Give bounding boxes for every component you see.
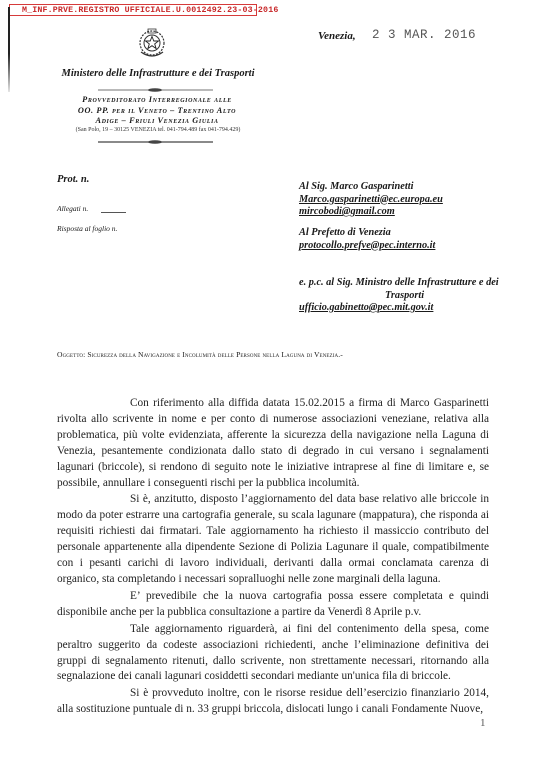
protocol-stamp: M_INF.PRVE.REGISTRO UFFICIALE.U.0012492.… [9, 4, 257, 16]
office-line: OO. PP. per il Veneto – Trentino Alto [52, 106, 262, 117]
protocol-number-label: Prot. n. [57, 174, 89, 185]
recipient-email-link[interactable]: Marco.gasparinetti@ec.europa.eu [299, 194, 443, 207]
letter-body: Con riferimento alla diffida datata 15.0… [57, 396, 489, 718]
ornament-divider [98, 88, 213, 90]
recipient-block: Al Sig. Marco Gasparinetti Marco.gaspari… [299, 181, 443, 219]
recipient-name: e. p.c. al Sig. Ministro delle Infrastru… [299, 277, 499, 290]
recipient-name: Trasporti [299, 290, 499, 303]
subject-label: Oggetto: [57, 350, 85, 359]
recipient-email-link[interactable]: ufficio.gabinetto@pec.mit.gov.it [299, 302, 499, 315]
subject-line: Oggetto: Sicurezza della Navigazione e I… [57, 350, 343, 359]
scan-margin-line [8, 7, 10, 92]
paragraph: Si è provveduto inoltre, con le risorse … [57, 686, 489, 718]
recipient-email-link[interactable]: protocollo.prefve@pec.interno.it [299, 240, 435, 253]
office-name: Provveditorato Interregionale alle OO. P… [52, 95, 262, 127]
paragraph: E’ prevedibile che la nuova cartografia … [57, 589, 489, 621]
recipient-email-link[interactable]: mircobodi@gmail.com [299, 206, 443, 219]
paragraph: Con riferimento alla diffida datata 15.0… [57, 396, 489, 491]
italian-republic-emblem-icon [135, 28, 169, 61]
dateline-city: Venezia, [318, 30, 356, 42]
ministry-name: Ministero delle Infrastrutture e dei Tra… [58, 68, 258, 79]
date-stamp: 2 3 MAR. 2016 [372, 28, 476, 42]
office-line: Adige – Friuli Venezia Giulia [52, 116, 262, 127]
subject-text: Sicurezza della Navigazione e Incolumità… [87, 350, 343, 359]
recipient-name: Al Prefetto di Venezia [299, 227, 435, 240]
recipient-block: Al Prefetto di Venezia protocollo.prefve… [299, 227, 435, 252]
attachments-blank-line [101, 212, 126, 213]
ornament-divider [98, 140, 213, 142]
paragraph: Tale aggiornamento riguarderà, ai fini d… [57, 622, 489, 686]
office-address: (San Polo, 19 – 30125 VENEZIA tel. 041-7… [48, 127, 268, 133]
paragraph: Si è, anzitutto, disposto l’aggiornament… [57, 492, 489, 587]
recipient-name: Al Sig. Marco Gasparinetti [299, 181, 443, 194]
office-line: Provveditorato Interregionale alle [52, 95, 262, 106]
page-number: 1 [480, 717, 486, 729]
reply-reference-label: Risposta al foglio n. [57, 224, 117, 233]
attachments-label: Allegati n. [57, 204, 88, 213]
recipient-block-cc: e. p.c. al Sig. Ministro delle Infrastru… [299, 277, 499, 315]
